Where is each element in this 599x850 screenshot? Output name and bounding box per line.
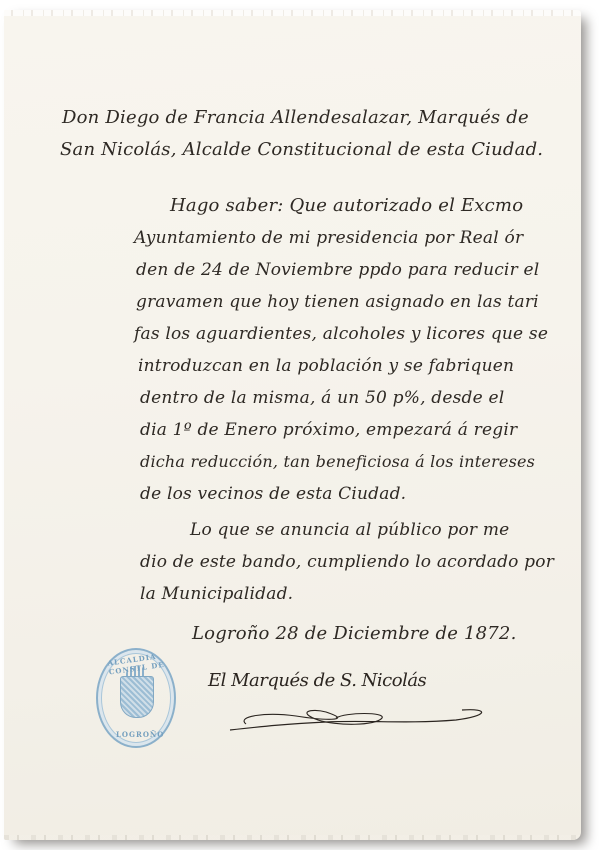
coat-of-arms-icon <box>120 676 154 718</box>
body-line: dentro de la misma, á un 50 p%, desde el <box>140 388 504 408</box>
body-line: Ayuntamiento de mi presidencia por Real … <box>134 228 523 248</box>
body-line: de los vecinos de esta Ciudad. <box>140 484 406 504</box>
body-line: dio de este bando, cumpliendo lo acordad… <box>140 552 554 572</box>
heading-line-1: Don Diego de Francia Allendesalazar, Mar… <box>62 108 529 128</box>
body-line: la Municipalidad. <box>140 584 293 604</box>
dateline-text: Logroño 28 de Diciembre de 1872. <box>192 624 517 644</box>
body-line: Hago saber: Que autorizado el Excmo <box>170 196 523 216</box>
body-line: introduzcan en la población y se fabriqu… <box>138 356 514 376</box>
heading-line-2: San Nicolás, Alcalde Constitucional de e… <box>60 140 543 160</box>
document-page: Don Diego de Francia Allendesalazar, Mar… <box>4 10 581 840</box>
body-line: den de 24 de Noviembre ppdo para reducir… <box>136 260 539 280</box>
body-line: gravamen que hoy tienen asignado en las … <box>136 292 539 312</box>
signature-rubric-flourish <box>226 706 496 732</box>
stamp-bottom-text: LOGROÑO <box>116 730 164 739</box>
body-line: dia 1º de Enero próximo, empezará á regi… <box>140 420 517 440</box>
municipal-seal-stamp: ALCALDIA CONSTL DE LOGROÑO <box>96 648 176 748</box>
body-line: dicha reducción, tan beneficiosa á los i… <box>140 452 535 472</box>
body-line: Lo que se anuncia al público por me <box>190 520 509 540</box>
body-line: fas los aguardientes, alcoholes y licore… <box>134 324 548 344</box>
signature: El Marqués de S. Nicolás <box>208 670 426 691</box>
